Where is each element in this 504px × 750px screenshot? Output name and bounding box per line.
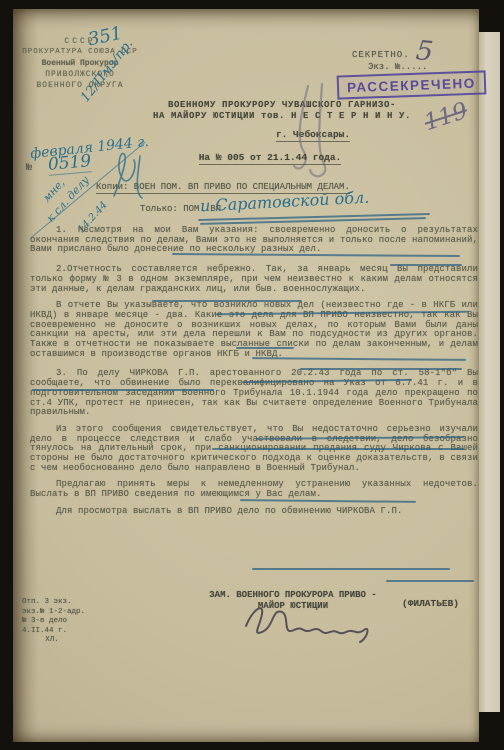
ink-underline <box>32 389 214 391</box>
paragraph-6: Предлагаю принять меры к немедленному ус… <box>30 480 478 499</box>
number-label: № <box>26 163 32 174</box>
ink-underline <box>252 568 450 570</box>
letterhead-office-2: ПРИВОЛЖСКОГО <box>20 69 140 80</box>
print-run-line-3: № 3-в дело <box>22 617 85 627</box>
ink-underline <box>300 368 462 370</box>
print-run-line-5: ХЛ. <box>22 636 82 646</box>
ink-underline <box>236 347 294 349</box>
ink-underline <box>212 448 464 450</box>
handwritten-outgoing-number: 0519 <box>47 151 92 176</box>
ink-underline <box>390 264 462 266</box>
signatory-name: (ФИЛАТЬЕВ) <box>402 598 459 609</box>
ink-underline <box>152 300 302 302</box>
reference-text: На № 005 от 21.1.44 года. <box>199 152 342 165</box>
margin-note-initials <box>104 148 154 208</box>
signature <box>238 592 388 652</box>
paragraph-2: 2.Отчетность составляется небрежно. Так,… <box>30 265 478 294</box>
scanned-document-photo: СССР ПРОКУРАТУРА СОЮЗА ССР Военный Проку… <box>0 0 504 750</box>
pencil-paraph-mark <box>270 78 360 188</box>
paragraph-3: В отчете Вы указываете, что возникло нов… <box>30 301 478 359</box>
print-run-block: Отп. 3 экз. экз.№ 1-2-адр. № 3-в дело 4.… <box>22 598 85 646</box>
body-text: 1. Несмотря на мои Вам указания: своевре… <box>30 226 478 524</box>
secrecy-label: СЕКРЕТНО. <box>352 50 410 60</box>
handwritten-copy-number: 5 <box>414 35 434 68</box>
print-run-line-4: 4.II.44 г. <box>22 627 85 637</box>
letterhead-office-3: ВОЕННОГО ОКРУГА <box>20 80 140 91</box>
paragraph-7: Для просмотра выслать в ВП ПРИВО дело по… <box>30 507 478 517</box>
print-run-line-2: экз.№ 1-2-адр. <box>22 608 85 618</box>
ink-underline <box>386 580 474 582</box>
print-run-line-1: Отп. 3 экз. <box>22 598 85 608</box>
paragraph-1: 1. Несмотря на мои Вам указания: своевре… <box>30 226 478 255</box>
paragraph-4: 3. По делу ЧИРКОВА Г.П. арестованного 20… <box>30 369 478 418</box>
underlying-page-edge <box>477 32 500 712</box>
reference-line: На № 005 от 21.1.44 года. <box>150 152 390 163</box>
